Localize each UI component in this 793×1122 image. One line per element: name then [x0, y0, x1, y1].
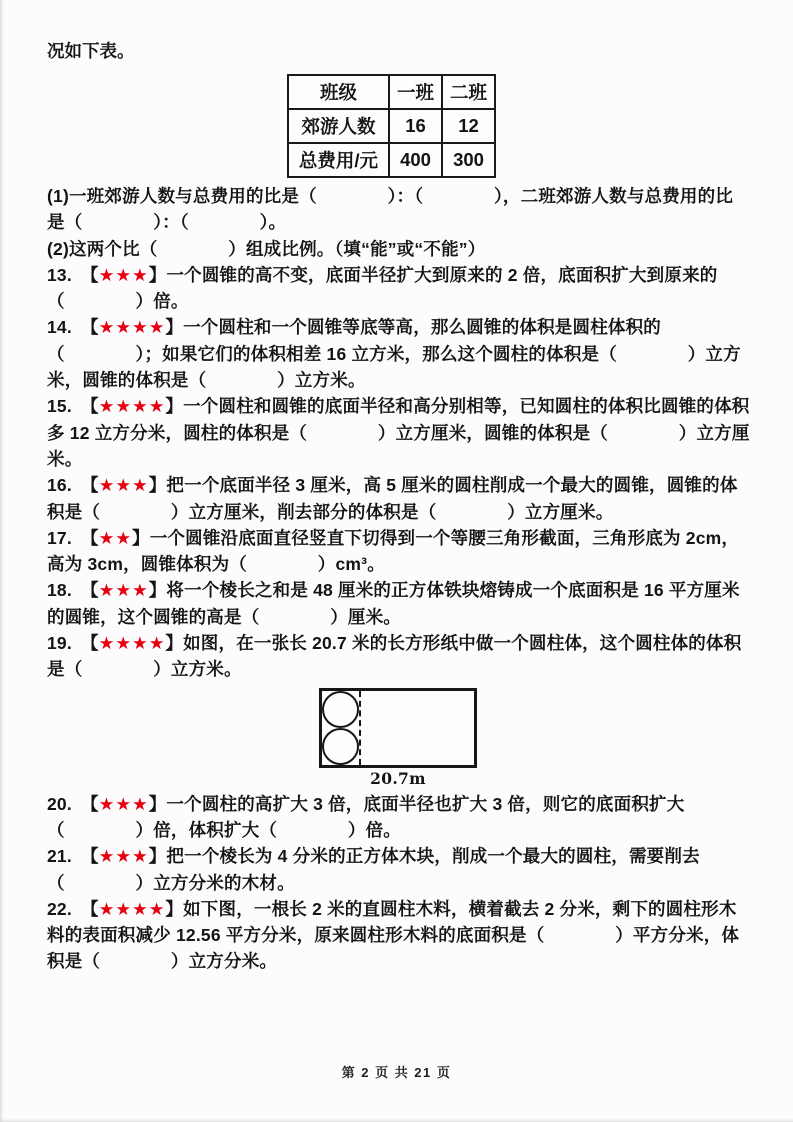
question-22: 22.【★★★★】如下图，一根长 2 米的直圆柱木料，横着截去 2 分米，剩下的… — [47, 896, 750, 975]
star-bracket-close: 】 — [149, 580, 167, 600]
table-cell-cost-label: 总费用/元 — [288, 143, 389, 177]
question-number: 19. — [47, 633, 72, 653]
star-rating: ★★★★ — [99, 317, 166, 337]
star-bracket-open: 【 — [81, 580, 99, 600]
figure-dimension-label: 20.7m — [319, 769, 477, 788]
star-bracket-open: 【 — [81, 317, 99, 337]
table-cell-people-class2: 12 — [442, 109, 495, 143]
question-number: 14. — [47, 317, 72, 337]
question-20: 20.【★★★】一个圆柱的高扩大 3 倍，底面半径也扩大 3 倍，则它的底面积扩… — [47, 791, 750, 844]
sub-question-2: (2)这两个比（ ）组成比例。（填“能”或“不能”） — [47, 236, 750, 262]
star-bracket-close: 】 — [149, 846, 167, 866]
star-rating: ★★★★ — [99, 899, 166, 919]
table-cell-people-class1: 16 — [389, 109, 442, 143]
star-bracket-open: 【 — [81, 396, 99, 416]
table-row-people: 郊游人数 16 12 — [288, 109, 495, 143]
star-rating: ★★★★ — [99, 633, 166, 653]
question-16: 16.【★★★】把一个底面半径 3 厘米，高 5 厘米的圆柱削成一个最大的圆锥，… — [47, 472, 750, 525]
star-bracket-close: 】 — [149, 794, 167, 814]
question-number: 21. — [47, 846, 72, 866]
sub-question-text: (2)这两个比（ ）组成比例。（填“能”或“不能”） — [47, 239, 485, 259]
star-rating: ★★★ — [99, 265, 149, 285]
question-14: 14.【★★★★】一个圆柱和一个圆锥等底等高，那么圆锥的体积是圆柱体积的（ ）；… — [47, 314, 750, 393]
trip-stats-table: 班级 一班 二班 郊游人数 16 12 总费用/元 400 300 — [287, 74, 496, 178]
star-bracket-close: 】 — [165, 317, 183, 337]
question-number: 18. — [47, 580, 72, 600]
figure-circle-top — [322, 691, 359, 728]
table-cell-cost-class1: 400 — [389, 143, 442, 177]
sub-question-1: (1)一班郊游人数与总费用的比是（ ）：（ ），二班郊游人数与总费用的比是（ ）… — [47, 183, 750, 236]
star-rating: ★★ — [99, 528, 132, 548]
table-cell-cost-class2: 300 — [442, 143, 495, 177]
question-17: 17.【★★】一个圆锥沿底面直径竖直下切得到一个等腰三角形截面，三角形底为 2c… — [47, 525, 750, 578]
question-number: 20. — [47, 794, 72, 814]
figure-circle-bottom — [322, 728, 359, 765]
table-header-class2: 二班 — [442, 75, 495, 109]
sub-question-text: (1)一班郊游人数与总费用的比是（ ）：（ ），二班郊游人数与总费用的比是（ ）… — [47, 186, 733, 232]
question-number: 22. — [47, 899, 72, 919]
star-rating: ★★★★ — [99, 396, 166, 416]
question-18: 18.【★★★】将一个棱长之和是 48 厘米的正方体铁块熔铸成一个底面积是 16… — [47, 577, 750, 630]
star-bracket-open: 【 — [81, 846, 99, 866]
star-bracket-open: 【 — [81, 265, 99, 285]
table-header-class: 班级 — [288, 75, 389, 109]
table-row-cost: 总费用/元 400 300 — [288, 143, 495, 177]
question-number: 17. — [47, 528, 72, 548]
question-15: 15.【★★★★】一个圆柱和圆锥的底面半径和高分别相等，已知圆柱的体积比圆锥的体… — [47, 393, 750, 472]
star-bracket-close: 】 — [149, 265, 167, 285]
star-bracket-open: 【 — [81, 794, 99, 814]
table-header-row: 班级 一班 二班 — [288, 75, 495, 109]
star-bracket-close: 】 — [165, 899, 183, 919]
star-rating: ★★★ — [99, 846, 149, 866]
question-number: 15. — [47, 396, 72, 416]
star-bracket-close: 】 — [165, 396, 183, 416]
star-rating: ★★★ — [99, 794, 149, 814]
intro-text: 况如下表。 — [47, 38, 750, 64]
table-cell-people-label: 郊游人数 — [288, 109, 389, 143]
star-bracket-close: 】 — [149, 475, 167, 495]
star-bracket-close: 】 — [165, 633, 183, 653]
question-21: 21.【★★★】把一个棱长为 4 分米的正方体木块，削成一个最大的圆柱，需要削去… — [47, 843, 750, 896]
star-rating: ★★★ — [99, 475, 149, 495]
question-13: 13.【★★★】一个圆锥的高不变，底面半径扩大到原来的 2 倍，底面积扩大到原来… — [47, 262, 750, 315]
question-text: 一个圆锥沿底面直径竖直下切得到一个等腰三角形截面，三角形底为 2cm，高为 3c… — [47, 528, 739, 574]
star-bracket-open: 【 — [81, 475, 99, 495]
cylinder-paper-figure: 20.7m — [319, 688, 477, 788]
page-content: 况如下表。 班级 一班 二班 郊游人数 16 12 总费用/元 400 300 — [47, 38, 750, 975]
question-number: 16. — [47, 475, 72, 495]
figure-rectangle — [319, 688, 477, 768]
figure-dashed-line — [359, 691, 361, 765]
table-header-class1: 一班 — [389, 75, 442, 109]
star-rating: ★★★ — [99, 580, 149, 600]
page-number-footer: 第 2 页 共 21 页 — [0, 1062, 793, 1081]
star-bracket-open: 【 — [81, 528, 99, 548]
star-bracket-open: 【 — [81, 899, 99, 919]
question-19: 19.【★★★★】如图，在一张长 20.7 米的长方形纸中做一个圆柱体，这个圆柱… — [47, 630, 750, 683]
star-bracket-open: 【 — [81, 633, 99, 653]
star-bracket-close: 】 — [132, 528, 150, 548]
question-number: 13. — [47, 265, 72, 285]
worksheet-page: 况如下表。 班级 一班 二班 郊游人数 16 12 总费用/元 400 300 — [0, 0, 793, 1122]
